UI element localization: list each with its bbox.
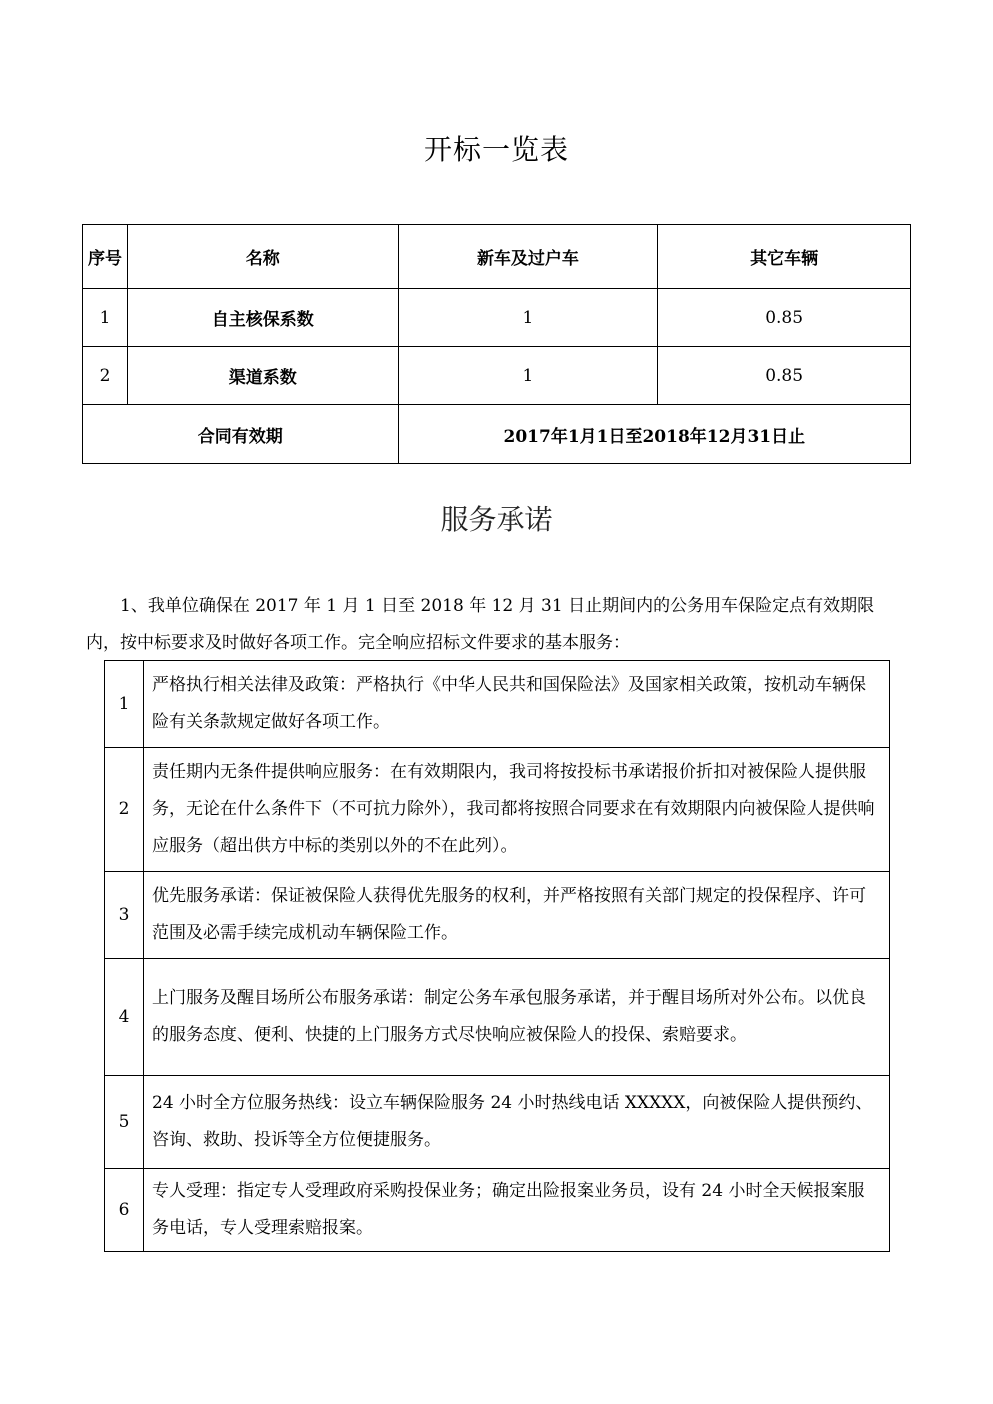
cell-other: 0.85 bbox=[658, 289, 911, 347]
table-row: 4 上门服务及醒目场所公布服务承诺：制定公务车承包服务承诺，并于醒目场所对外公布… bbox=[105, 959, 890, 1076]
service-no: 3 bbox=[105, 872, 144, 959]
section-title: 服务承诺 bbox=[0, 498, 993, 538]
service-text: 责任期内无条件提供响应服务：在有效期限内，我司将按投标书承诺报价折扣对被保险人提… bbox=[144, 748, 890, 872]
table-row: 2 责任期内无条件提供响应服务：在有效期限内，我司将按投标书承诺报价折扣对被保险… bbox=[105, 748, 890, 872]
service-no: 6 bbox=[105, 1169, 144, 1252]
contract-period-value: 2017年1月1日至2018年12月31日止 bbox=[398, 405, 910, 464]
service-no: 1 bbox=[105, 661, 144, 748]
contract-period-label: 合同有效期 bbox=[83, 405, 399, 464]
table-row: 5 24 小时全方位服务热线：设立车辆保险服务 24 小时热线电话 XXXXX，… bbox=[105, 1076, 890, 1169]
cell-other: 0.85 bbox=[658, 347, 911, 405]
table-row: 2 渠道系数 1 0.85 bbox=[83, 347, 911, 405]
service-text: 专人受理：指定专人受理政府采购投保业务；确定出险报案业务员，设有 24 小时全天… bbox=[144, 1169, 890, 1252]
table-header-row: 序号 名称 新车及过户车 其它车辆 bbox=[83, 225, 911, 289]
service-text: 严格执行相关法律及政策：严格执行《中华人民共和国保险法》及国家相关政策，按机动车… bbox=[144, 661, 890, 748]
header-new-car: 新车及过户车 bbox=[398, 225, 658, 289]
table-row: 6 专人受理：指定专人受理政府采购投保业务；确定出险报案业务员，设有 24 小时… bbox=[105, 1169, 890, 1252]
table-row: 1 严格执行相关法律及政策：严格执行《中华人民共和国保险法》及国家相关政策，按机… bbox=[105, 661, 890, 748]
header-no: 序号 bbox=[83, 225, 128, 289]
service-text: 24 小时全方位服务热线：设立车辆保险服务 24 小时热线电话 XXXXX，向被… bbox=[144, 1076, 890, 1169]
cell-no: 1 bbox=[83, 289, 128, 347]
intro-paragraph: 1、我单位确保在 2017 年 1 月 1 日至 2018 年 12 月 31 … bbox=[86, 588, 898, 662]
page-title: 开标一览表 bbox=[0, 128, 993, 168]
table-row: 1 自主核保系数 1 0.85 bbox=[83, 289, 911, 347]
contract-period-row: 合同有效期 2017年1月1日至2018年12月31日止 bbox=[83, 405, 911, 464]
cell-new-car: 1 bbox=[398, 289, 658, 347]
service-no: 5 bbox=[105, 1076, 144, 1169]
table-row: 3 优先服务承诺：保证被保险人获得优先服务的权利，并严格按照有关部门规定的投保程… bbox=[105, 872, 890, 959]
service-no: 2 bbox=[105, 748, 144, 872]
service-text: 上门服务及醒目场所公布服务承诺：制定公务车承包服务承诺，并于醒目场所对外公布。以… bbox=[144, 959, 890, 1076]
bid-summary-table: 序号 名称 新车及过户车 其它车辆 1 自主核保系数 1 0.85 2 渠道系数… bbox=[82, 224, 911, 464]
header-name: 名称 bbox=[127, 225, 398, 289]
cell-name: 自主核保系数 bbox=[127, 289, 398, 347]
cell-new-car: 1 bbox=[398, 347, 658, 405]
service-no: 4 bbox=[105, 959, 144, 1076]
service-text: 优先服务承诺：保证被保险人获得优先服务的权利，并严格按照有关部门规定的投保程序、… bbox=[144, 872, 890, 959]
header-other: 其它车辆 bbox=[658, 225, 911, 289]
service-commitment-table: 1 严格执行相关法律及政策：严格执行《中华人民共和国保险法》及国家相关政策，按机… bbox=[104, 660, 890, 1252]
cell-no: 2 bbox=[83, 347, 128, 405]
cell-name: 渠道系数 bbox=[127, 347, 398, 405]
